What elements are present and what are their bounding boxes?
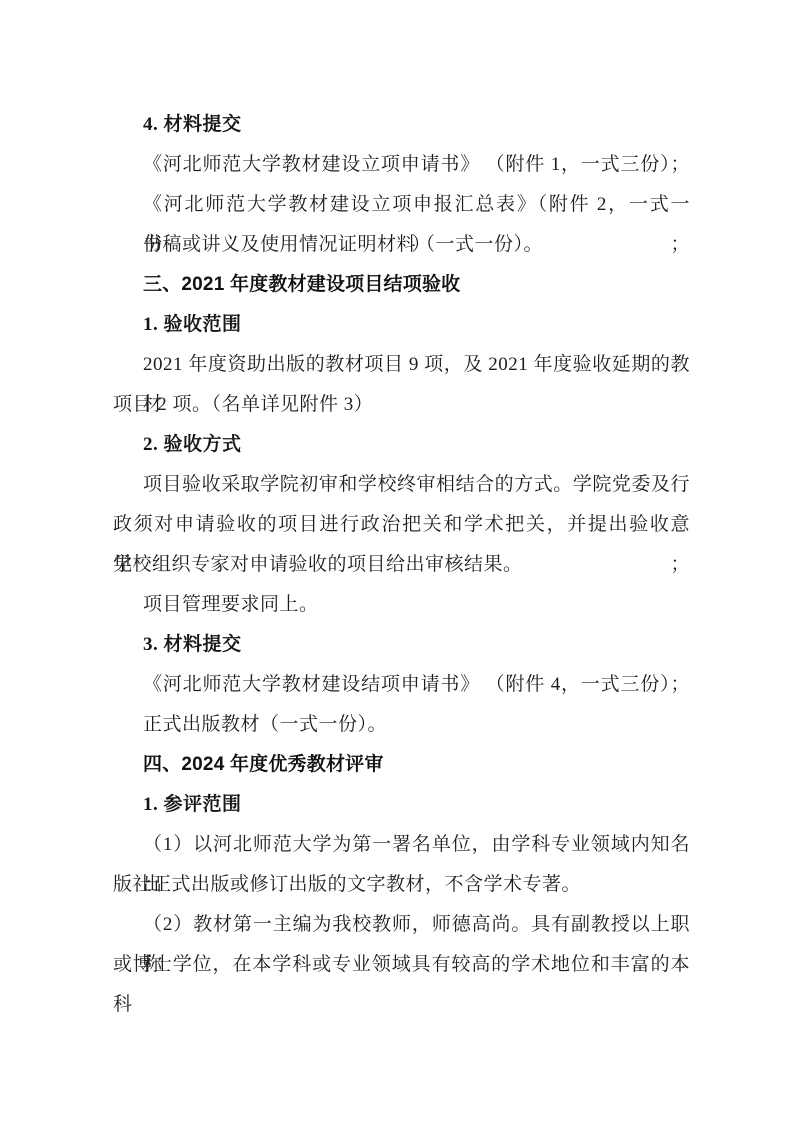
document-page: 4. 材料提交 《河北师范大学教材建设立项申请书》 （附件 1，一式三份）； 《…	[0, 0, 800, 1131]
paragraph-line: 《河北师范大学教材建设立项申报汇总表》（附件 2，一式一份）；	[113, 185, 690, 225]
paragraph-line: （1）以河北师范大学为第一署名单位，由学科专业领域内知名出	[113, 825, 690, 865]
subheading-material-submission-3: 3. 材料提交	[113, 625, 690, 665]
paragraph-line: 正式出版教材（一式一份）。	[113, 705, 690, 745]
paragraph-line: 《河北师范大学教材建设立项申请书》 （附件 1，一式三份）；	[113, 145, 690, 185]
subheading-material-submission-4: 4. 材料提交	[113, 105, 690, 145]
paragraph-line: 政须对申请验收的项目进行政治把关和学术把关，并提出验收意见；	[113, 505, 690, 545]
paragraph-line: 2021 年度资助出版的教材项目 9 项，及 2021 年度验收延期的教材	[113, 345, 690, 385]
paragraph-line: （2）教材第一主编为我校教师，师德高尚。具有副教授以上职称	[113, 905, 690, 945]
subheading-acceptance-method: 2. 验收方式	[113, 425, 690, 465]
subheading-review-scope: 1. 参评范围	[113, 785, 690, 825]
paragraph-line: 项目管理要求同上。	[113, 585, 690, 625]
paragraph-line: 《河北师范大学教材建设结项申请书》 （附件 4，一式三份）；	[113, 665, 690, 705]
paragraph-line: 项目 2 项。（名单详见附件 3）	[113, 385, 690, 425]
subheading-acceptance-scope: 1. 验收范围	[113, 305, 690, 345]
paragraph-line: 版社正式出版或修订出版的文字教材，不含学术专著。	[113, 865, 690, 905]
heading-section-three: 三、2021 年度教材建设项目结项验收	[113, 265, 690, 305]
paragraph-line: 或博士学位，在本学科或专业领域具有较高的学术地位和丰富的本科	[113, 945, 690, 985]
heading-section-four: 四、2024 年度优秀教材评审	[113, 745, 690, 785]
paragraph-line: 项目验收采取学院初审和学校终审相结合的方式。学院党委及行	[113, 465, 690, 505]
